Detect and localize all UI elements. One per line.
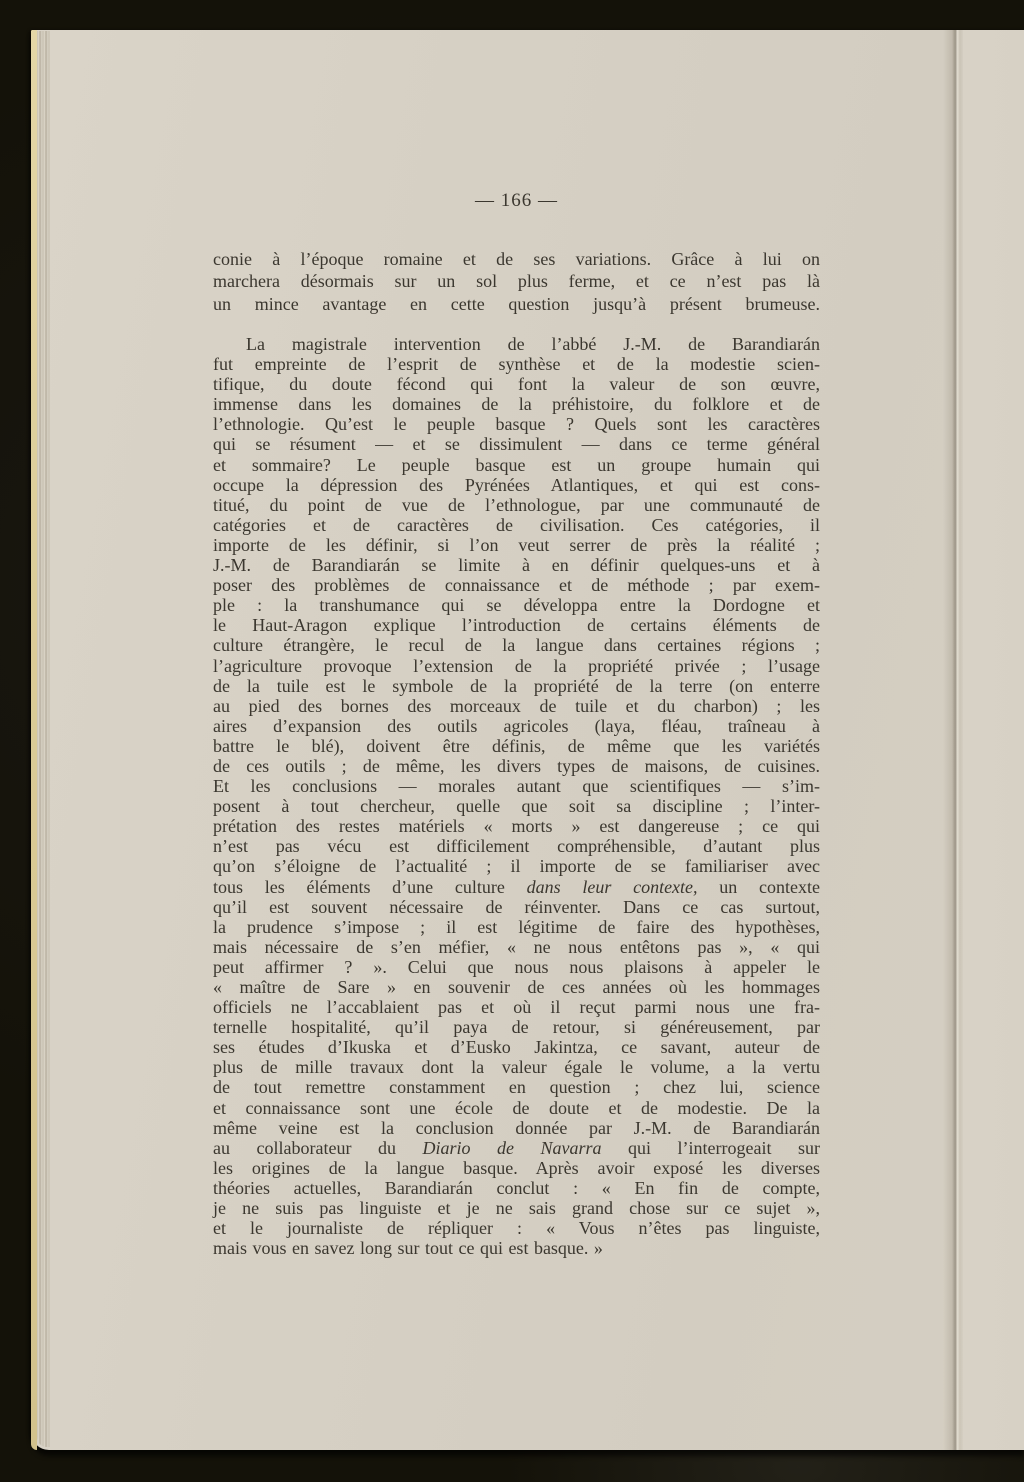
text-line: et sommaire? Le peuple basque est un gro… — [213, 455, 820, 475]
paragraph1-lines: conie à l’époque romaine et de ses varia… — [213, 248, 820, 315]
text-line: fut empreinte de l’esprit de synthèse et… — [213, 354, 820, 374]
paragraph-main: La magistrale intervention de l’abbé J.-… — [213, 334, 820, 1258]
text-line: posent à tout chercheur, quelle que soit… — [213, 796, 820, 816]
text-line: les origines de la langue basque. Après … — [213, 1158, 820, 1178]
text-line: immense dans les domaines de la préhisto… — [213, 394, 820, 414]
text-run: qui l’interrogeait sur — [602, 1138, 821, 1158]
text-line: je ne suis pas linguiste et je ne sais g… — [213, 1198, 820, 1218]
text-line: et connaissance sont une école de doute … — [213, 1098, 820, 1118]
text-line: culture étrangère, le recul de la langue… — [213, 635, 820, 655]
text-line: aires d’expansion des outils agricoles (… — [213, 716, 820, 736]
text-line: catégories et de caractères de civilisat… — [213, 515, 820, 535]
text-line: ternelle hospitalité, qu’il paya de reto… — [213, 1017, 820, 1037]
text-line: mais vous en savez long sur tout ce qui … — [213, 1238, 820, 1258]
text-run: tous les éléments d’une culture — [213, 877, 527, 897]
paragraph2-lines-b: qu’il est souvent nécessaire de réinvent… — [213, 897, 820, 1138]
page-number: — 166 — — [213, 190, 820, 212]
text-line: qui se résument — et se dissimulent — da… — [213, 434, 820, 454]
text-line: ple : la transhumance qui se développa e… — [213, 595, 820, 615]
text-line: théories actuelles, Barandiarán conclut … — [213, 1178, 820, 1198]
text-line: battre le blé), doivent être définis, de… — [213, 736, 820, 756]
text-run: au collaborateur du — [213, 1138, 422, 1158]
text-line: qu’on s’éloigne de l’actualité ; il impo… — [213, 856, 820, 876]
text-line: l’agriculture provoque l’extension de la… — [213, 656, 820, 676]
text-line: importe de les définir, si l’on veut ser… — [213, 535, 820, 555]
text-line: officiels ne l’accablaient pas et où il … — [213, 997, 820, 1017]
text-line-with-italic: au collaborateur du Diario de Navarra qu… — [213, 1138, 820, 1158]
text-line: poser des problèmes de connaissance et d… — [213, 575, 820, 595]
gutter-crease — [943, 30, 963, 1450]
book-page: — 166 — conie à l’époque romaine et de s… — [31, 30, 1024, 1450]
text-line: occupe la dépression des Pyrénées Atlant… — [213, 475, 820, 495]
text-line: la prudence s’impose ; il est légitime d… — [213, 917, 820, 937]
text-line: conie à l’époque romaine et de ses varia… — [213, 248, 820, 270]
text-line: qu’il est souvent nécessaire de réinvent… — [213, 897, 820, 917]
text-line: Et les conclusions — morales autant que … — [213, 776, 820, 796]
text-line: J.-M. de Barandiarán se limite à en défi… — [213, 555, 820, 575]
paragraph-continuation: conie à l’époque romaine et de ses varia… — [213, 248, 820, 315]
text-line: de la tuile est le symbole de la proprié… — [213, 676, 820, 696]
text-line: tifique, du doute fécond qui font la val… — [213, 374, 820, 394]
paragraph2-lines-a: La magistrale intervention de l’abbé J.-… — [213, 334, 820, 877]
text-line: marchera désormais sur un sol plus ferme… — [213, 270, 820, 292]
text-line: plus de mille travaux dont la valeur éga… — [213, 1057, 820, 1077]
text-run: un contexte — [698, 877, 820, 897]
text-line: même veine est la conclusion donnée par … — [213, 1118, 820, 1138]
text-line: mais nécessaire de s’en méfier, « ne nou… — [213, 937, 820, 957]
text-line: l’ethnologie. Qu’est le peuple basque ? … — [213, 414, 820, 434]
text-line: au pied des bornes des morceaux de tuile… — [213, 696, 820, 716]
text-line-with-italic: tous les éléments d’une culture dans leu… — [213, 877, 820, 897]
italic-text-run: Diario de Navarra — [422, 1138, 601, 1158]
text-line: un mince avantage en cette question jusq… — [213, 293, 820, 315]
text-line: titué, du point de vue de l’ethnologue, … — [213, 495, 820, 515]
scan-background: — 166 — conie à l’époque romaine et de s… — [0, 0, 1024, 1482]
text-line: peut affirmer ? ». Celui que nous nous p… — [213, 957, 820, 977]
text-line: n’est pas vécu est difficilement compréh… — [213, 836, 820, 856]
paragraph2-lines-c: les origines de la langue basque. Après … — [213, 1158, 820, 1258]
text-line: de tout remettre constamment en question… — [213, 1077, 820, 1097]
text-line: de ces outils ; de même, les divers type… — [213, 756, 820, 776]
text-line: ses études d’Ikuska et d’Eusko Jakintza,… — [213, 1037, 820, 1057]
text-line: et le journaliste de répliquer : « Vous … — [213, 1218, 820, 1238]
text-line: « maître de Sare » en souvenir de ces an… — [213, 977, 820, 997]
facing-page-sliver — [963, 30, 1024, 1450]
text-line: prétation des restes matériels « morts »… — [213, 816, 820, 836]
stacked-page-edges — [37, 31, 50, 1447]
italic-text-run: dans leur contexte, — [527, 877, 698, 897]
text-line: le Haut-Aragon explique l’introduction d… — [213, 615, 820, 635]
text-line: La magistrale intervention de l’abbé J.-… — [213, 334, 820, 354]
